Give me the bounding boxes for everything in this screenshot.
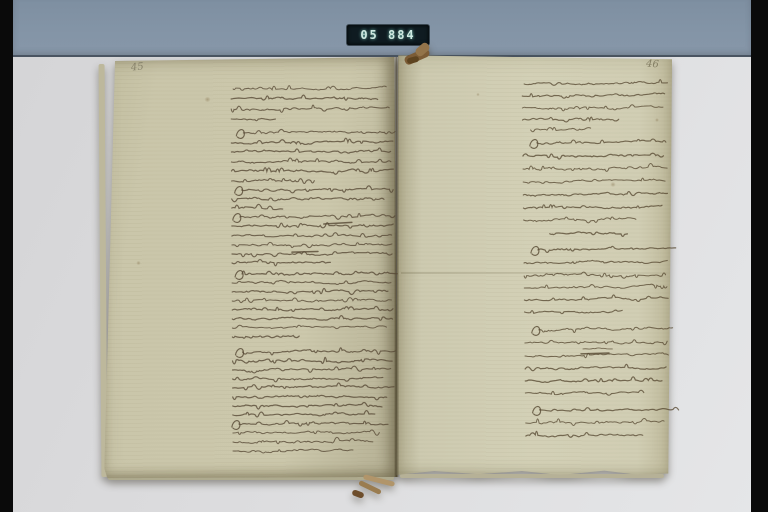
open-manuscript-book [0, 0, 768, 512]
paper-texture [102, 57, 398, 479]
photograph-of-manuscript: 05 884 45 46 [0, 0, 768, 512]
manuscript-left-page [102, 57, 398, 479]
foxing-stain [610, 182, 616, 187]
foxing-stain [655, 118, 659, 122]
film-edge-left [0, 0, 13, 512]
paper-texture [396, 55, 672, 477]
paper-crease [401, 272, 667, 274]
foxing-stain [476, 93, 480, 96]
film-edge-right [751, 0, 768, 512]
foxing-stain [204, 97, 211, 102]
binding-gutter [394, 57, 399, 477]
page-stack-edge-bottom-right [400, 474, 664, 478]
manuscript-right-page [396, 55, 672, 477]
foxing-stain [136, 261, 141, 265]
binding-thread-bottom [351, 489, 364, 499]
